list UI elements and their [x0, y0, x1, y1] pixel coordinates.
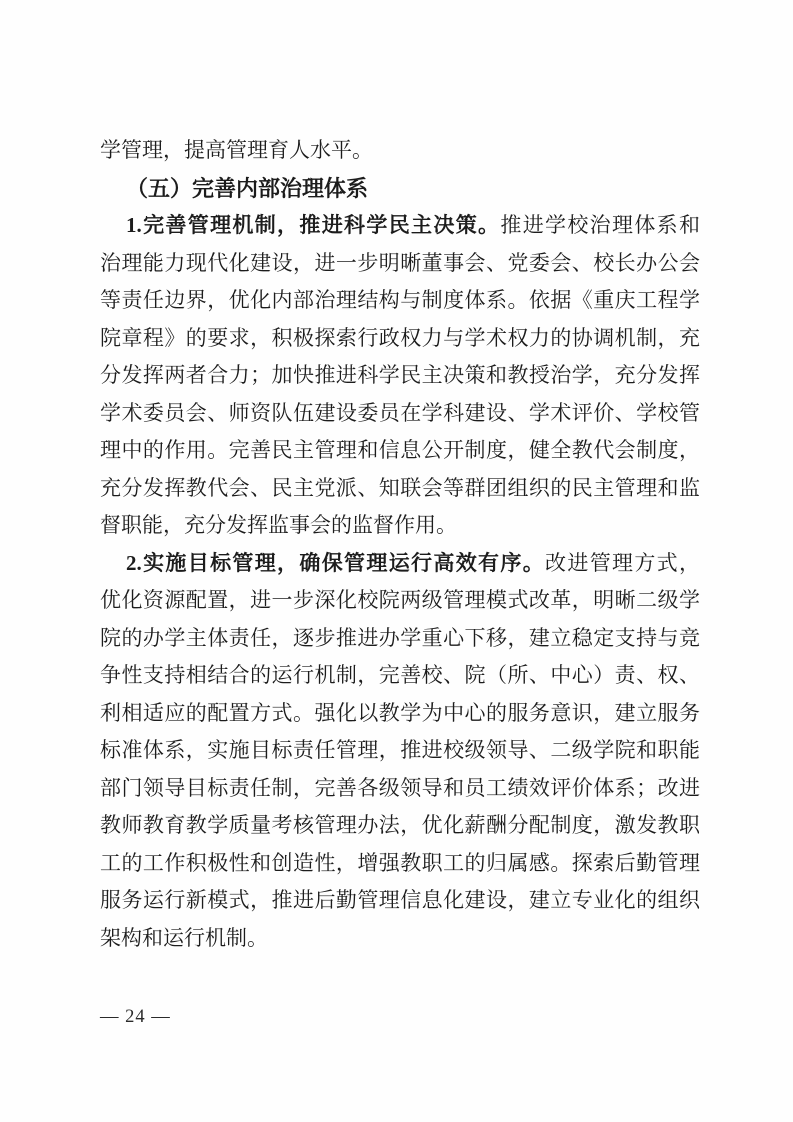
line-text: 学术委员会、师资队伍建设委员在学科建设、学术评价、学校管 — [100, 401, 700, 425]
line-text: 分发挥两者合力；加快推进科学民主决策和教授治学，充分发挥 — [100, 363, 700, 387]
text-line: 1.完善管理机制，推进科学民主决策。推进学校治理体系和 — [100, 207, 700, 245]
line-text: 部门领导目标责任制，完善各级领导和员工绩效评价体系；改进 — [100, 776, 700, 800]
line-text: 工的工作积极性和创造性，增强教职工的归属感。探索后勤管理 — [100, 851, 700, 875]
text-line: 院的办学主体责任，逐步推进办学重心下移，建立稳定支持与竞 — [100, 620, 700, 658]
line-text: 优化资源配置，进一步深化校院两级管理模式改革，明晰二级学 — [100, 588, 700, 612]
text-line: 争性支持相结合的运行机制，完善校、院（所、中心）责、权、 — [100, 657, 700, 695]
line-text: 改进管理方式， — [545, 551, 700, 575]
line-bold-lead: 1.完善管理机制，推进科学民主决策。 — [126, 213, 500, 237]
line-text: （五）完善内部治理体系 — [126, 176, 368, 201]
text-line: 充分发挥教代会、民主党派、知联会等群团组织的民主管理和监 — [100, 470, 700, 508]
text-line: 服务运行新模式，推进后勤管理信息化建设，建立专业化的组织 — [100, 882, 700, 920]
text-line: 架构和运行机制。 — [100, 920, 700, 958]
text-line: （五）完善内部治理体系 — [100, 170, 700, 208]
line-text: 院章程》的要求，积极探索行政权力与学术权力的协调机制，充 — [100, 326, 700, 350]
line-text: 理中的作用。完善民主管理和信息公开制度，健全教代会制度， — [100, 438, 700, 462]
text-line: 标准体系，实施目标责任管理，推进校级领导、二级学院和职能 — [100, 732, 700, 770]
text-line: 学术委员会、师资队伍建设委员在学科建设、学术评价、学校管 — [100, 395, 700, 433]
document-page: 学管理，提高管理育人水平。 （五）完善内部治理体系 1.完善管理机制，推进科学民… — [0, 0, 793, 1122]
text-line: 分发挥两者合力；加快推进科学民主决策和教授治学，充分发挥 — [100, 357, 700, 395]
text-line: 治理能力现代化建设，进一步明晰董事会、党委会、校长办公会 — [100, 245, 700, 283]
text-line: 理中的作用。完善民主管理和信息公开制度，健全教代会制度， — [100, 432, 700, 470]
line-text: 教师教育教学质量考核管理办法，优化薪酬分配制度，激发教职 — [100, 813, 700, 837]
line-text: 利相适应的配置方式。强化以教学为中心的服务意识，建立服务 — [100, 701, 700, 725]
line-text: 充分发挥教代会、民主党派、知联会等群团组织的民主管理和监 — [100, 476, 700, 500]
line-text: 标准体系，实施目标责任管理，推进校级领导、二级学院和职能 — [100, 738, 700, 762]
page-number: — 24 — — [100, 1007, 171, 1027]
text-line: 等责任边界，优化内部治理结构与制度体系。依据《重庆工程学 — [100, 282, 700, 320]
line-text: 学管理，提高管理育人水平。 — [100, 138, 373, 162]
page-footer: — 24 — — [100, 1004, 171, 1030]
line-text: 服务运行新模式，推进后勤管理信息化建设，建立专业化的组织 — [100, 888, 700, 912]
document-body: 学管理，提高管理育人水平。 （五）完善内部治理体系 1.完善管理机制，推进科学民… — [100, 132, 700, 957]
text-line: 2.实施目标管理，确保管理运行高效有序。改进管理方式， — [100, 545, 700, 583]
text-line: 优化资源配置，进一步深化校院两级管理模式改革，明晰二级学 — [100, 582, 700, 620]
line-text: 院的办学主体责任，逐步推进办学重心下移，建立稳定支持与竞 — [100, 626, 700, 650]
line-bold-lead: 2.实施目标管理，确保管理运行高效有序。 — [126, 551, 545, 575]
text-line: 学管理，提高管理育人水平。 — [100, 132, 700, 170]
line-text: 治理能力现代化建设，进一步明晰董事会、党委会、校长办公会 — [100, 251, 700, 275]
text-line: 工的工作积极性和创造性，增强教职工的归属感。探索后勤管理 — [100, 845, 700, 883]
line-text: 争性支持相结合的运行机制，完善校、院（所、中心）责、权、 — [100, 663, 700, 687]
line-text: 推进学校治理体系和 — [500, 213, 700, 237]
line-text: 架构和运行机制。 — [100, 926, 268, 950]
text-line: 督职能，充分发挥监事会的监督作用。 — [100, 507, 700, 545]
line-text: 督职能，充分发挥监事会的监督作用。 — [100, 513, 457, 537]
text-line: 利相适应的配置方式。强化以教学为中心的服务意识，建立服务 — [100, 695, 700, 733]
line-text: 等责任边界，优化内部治理结构与制度体系。依据《重庆工程学 — [100, 288, 700, 312]
text-line: 教师教育教学质量考核管理办法，优化薪酬分配制度，激发教职 — [100, 807, 700, 845]
text-line: 院章程》的要求，积极探索行政权力与学术权力的协调机制，充 — [100, 320, 700, 358]
text-line: 部门领导目标责任制，完善各级领导和员工绩效评价体系；改进 — [100, 770, 700, 808]
